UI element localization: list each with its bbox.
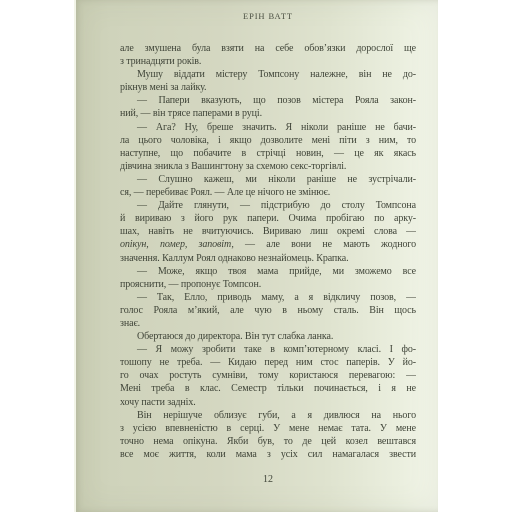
text-line: Мені треба в клас. Семестр тільки почина… [120, 382, 416, 395]
text-line: ла цього чоловіка, і якщо дозволите мені… [120, 134, 416, 147]
text-segment: го очах ростуть сумніви, тому користаюся… [120, 370, 416, 381]
text-line: рікнув мені за лайку. [120, 81, 416, 94]
running-header: ЕРІН ВАТТ [120, 11, 416, 21]
text-segment: голос Рояла м’який, але чую в ньому стал… [120, 305, 416, 316]
text-segment: тошопу не треба. — Кидаю перед ним стос … [120, 357, 416, 368]
text-line: — Слушно кажеш, ми ніколи раніше не зуст… [120, 173, 416, 186]
text-line: прояснити, — пропонує Томпсон. [120, 278, 416, 291]
text-segment: й вириваю з його рук папери. Очима пробі… [120, 213, 416, 224]
text-segment: — але вони не мають жодного [234, 239, 416, 250]
text-segment: — Так, Елло, приводь маму, а я відкличу … [137, 292, 416, 303]
text-segment: хочу пасти задніх. [120, 397, 196, 408]
text-line: наступне, що побачите в стрічці новин, —… [120, 147, 416, 160]
text-segment: дівчина зникла з Вашингтону за схемою се… [120, 161, 346, 172]
text-line: Мушу віддати містеру Томпсону належне, в… [120, 68, 416, 81]
page-number: 12 [120, 474, 416, 485]
text-line: й вириваю з його рук папери. Очима пробі… [120, 212, 416, 225]
text-segment: — Папери вказують, що позов містера Роял… [137, 95, 416, 106]
text-line: все моє життя, коли мама з усіх сил нама… [120, 448, 416, 461]
text-line: з усією впевненістю в серці. У мене нема… [120, 422, 416, 435]
text-segment: наступне, що побачите в стрічці новин, —… [120, 148, 416, 159]
text-line: — Ага? Ну, бреше значить. Я ніколи раніш… [120, 121, 416, 134]
text-line: голос Рояла м’який, але чую в ньому стал… [120, 304, 416, 317]
text-line: опікун, помер, заповіт, — але вони не ма… [120, 238, 416, 251]
text-line: дівчина зникла з Вашингтону за схемою се… [120, 160, 416, 173]
text-segment: — Може, якщо твоя мама прийде, ми зможем… [137, 266, 416, 277]
scanned-book-photo: ЕРІН ВАТТ але змушена була взяти на себе… [0, 0, 512, 512]
text-segment: все моє життя, коли мама з усіх сил нама… [120, 449, 416, 460]
text-line: тошопу не треба. — Кидаю перед ним стос … [120, 356, 416, 369]
text-segment: з усією впевненістю в серці. У мене нема… [120, 423, 416, 434]
text-segment: шах, навіть не вчитуючись. Вириваю лиш о… [120, 226, 416, 237]
text-line: хочу пасти задніх. [120, 396, 416, 409]
text-segment: рікнув мені за лайку. [120, 82, 206, 93]
book-page: ЕРІН ВАТТ але змушена була взяти на себе… [74, 0, 438, 512]
text-line: — Папери вказують, що позов містера Роял… [120, 94, 416, 107]
text-segment: прояснити, — пропонує Томпсон. [120, 279, 261, 290]
text-line: — Так, Елло, приводь маму, а я відкличу … [120, 291, 416, 304]
text-segment: значення. Каллум Роял однаково незнайоме… [120, 253, 349, 264]
body-text: але змушена була взяти на себе обов’язки… [120, 42, 416, 461]
text-segment: знає. [120, 318, 140, 329]
text-segment: — Ага? Ну, бреше значить. Я ніколи раніш… [137, 122, 416, 133]
text-segment: — Я можу зробити таке в комп’ютерному кл… [137, 344, 416, 355]
text-segment: — Дайте глянути, — підстрибую до столу Т… [137, 200, 416, 211]
text-line: — Дайте глянути, — підстрибую до столу Т… [120, 199, 416, 212]
text-line: знає. [120, 317, 416, 330]
text-line: Він нерішуче облизує губи, а я дивлюся н… [120, 409, 416, 422]
text-line: ся, — перебиває Роял. — Але це нічого не… [120, 186, 416, 199]
text-line: Обертаюся до директора. Він тут слабка л… [120, 330, 416, 343]
text-segment: ла цього чоловіка, і якщо дозволите мені… [120, 135, 416, 146]
text-line: значення. Каллум Роял однаково незнайоме… [120, 252, 416, 265]
text-line: — Я можу зробити таке в комп’ютерному кл… [120, 343, 416, 356]
text-line: з тринадцяти років. [120, 55, 416, 68]
text-line: шах, навіть не вчитуючись. Вириваю лиш о… [120, 225, 416, 238]
text-segment: Мушу віддати містеру Томпсону належне, в… [137, 69, 416, 80]
text-segment: але змушена була взяти на себе обов’язки… [120, 43, 416, 54]
text-segment: з тринадцяти років. [120, 56, 201, 67]
text-line: точно нема опікуна. Якби був, то де цей … [120, 435, 416, 448]
text-segment: Він нерішуче облизує губи, а я дивлюся н… [137, 410, 416, 421]
text-line: але змушена була взяти на себе обов’язки… [120, 42, 416, 55]
text-segment: точно нема опікуна. Якби був, то де цей … [120, 436, 416, 447]
text-line: го очах ростуть сумніви, тому користаюся… [120, 369, 416, 382]
text-segment: — Слушно кажеш, ми ніколи раніше не зуст… [137, 174, 416, 185]
italic-text-segment: опікун, помер, заповіт, [120, 239, 234, 250]
text-segment: Мені треба в клас. Семестр тільки почина… [120, 383, 416, 394]
text-line: — Може, якщо твоя мама прийде, ми зможем… [120, 265, 416, 278]
text-segment: ний, — він трясе паперами в руці. [120, 108, 262, 119]
text-segment: Обертаюся до директора. Він тут слабка л… [137, 331, 333, 342]
text-segment: ся, — перебиває Роял. — Але це нічого не… [120, 187, 330, 198]
text-line: ний, — він трясе паперами в руці. [120, 107, 416, 120]
